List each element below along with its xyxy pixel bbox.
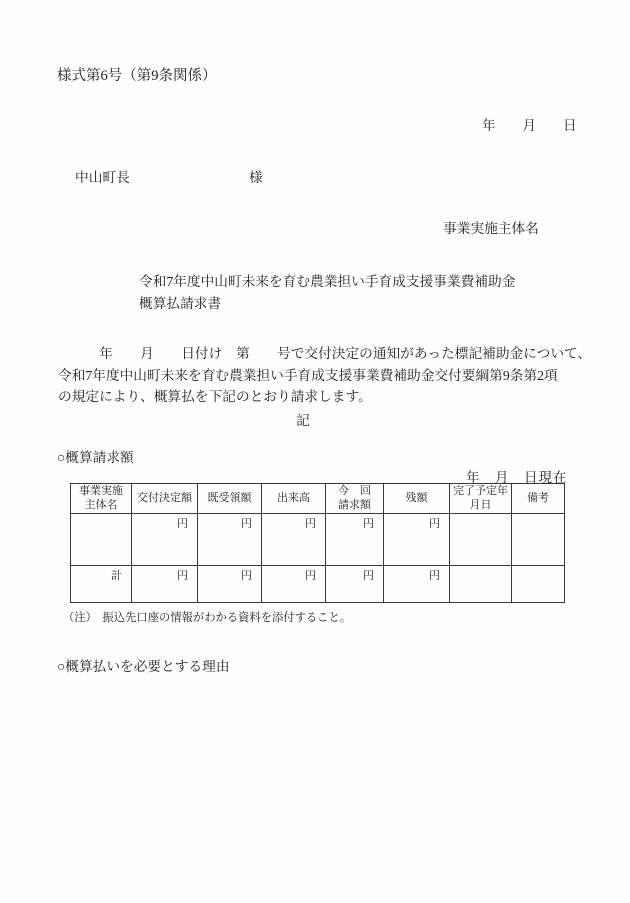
header-cell-completion: 完了予定年 月日	[450, 484, 512, 514]
section-heading-reason: ○概算払いを必要とする理由	[57, 659, 230, 675]
section-heading-claim-amount: ○概算請求額	[57, 450, 134, 466]
cell-total-label: 計	[71, 566, 132, 603]
body-paragraph: 年 月 日付け 第 号で交付決定の通知があった標記補助金について、 令和7年度中…	[58, 343, 591, 408]
cell-entity-blank	[71, 514, 132, 566]
recipient-name: 中山町長	[75, 170, 130, 186]
document-page: 様式第6号（第9条関係） 年 月 日 中山町長 様 事業実施主体名 令和7年度中…	[0, 0, 630, 903]
cell-yen-claim: 円	[326, 514, 384, 566]
issuer-name-label: 事業実施主体名	[443, 221, 539, 237]
cell-total-yen-received: 円	[198, 566, 262, 603]
header-cell-this-claim: 今 回 請求額	[326, 484, 384, 514]
note-text: （注） 振込先口座の情報がわかる資料を添付すること。	[63, 609, 351, 625]
cell-yen-progress: 円	[262, 514, 326, 566]
document-title: 令和7年度中山町未来を育む農業担い手育成支援事業費補助金 概算払請求書	[139, 271, 515, 315]
cell-total-yen-claim: 円	[326, 566, 384, 603]
header-cell-entity: 事業実施 主体名	[71, 484, 132, 514]
record-separator: 記	[0, 413, 606, 429]
cell-total-yen-grant: 円	[132, 566, 198, 603]
cell-yen-received: 円	[198, 514, 262, 566]
header-cell-received: 既受領額	[198, 484, 262, 514]
cell-total-completion	[450, 566, 512, 603]
cell-remarks-blank	[512, 514, 565, 566]
form-number: 様式第6号（第9条関係）	[57, 64, 217, 85]
cell-total-yen-balance: 円	[384, 566, 450, 603]
cell-completion-blank	[450, 514, 512, 566]
header-cell-balance: 残額	[384, 484, 450, 514]
recipient-honorific: 様	[249, 170, 263, 186]
cell-total-remarks	[512, 566, 565, 603]
header-cell-remarks: 備考	[512, 484, 565, 514]
header-cell-grant-decided: 交付決定額	[132, 484, 198, 514]
cell-total-yen-progress: 円	[262, 566, 326, 603]
date-field: 年 月 日	[482, 118, 577, 134]
cell-yen-balance: 円	[384, 514, 450, 566]
cell-yen-grant: 円	[132, 514, 198, 566]
header-cell-progress: 出来高	[262, 484, 326, 514]
claim-amount-table: 事業実施 主体名 交付決定額 既受領額 出来高 今 回 請求額 残額 完了予定年…	[70, 483, 565, 603]
